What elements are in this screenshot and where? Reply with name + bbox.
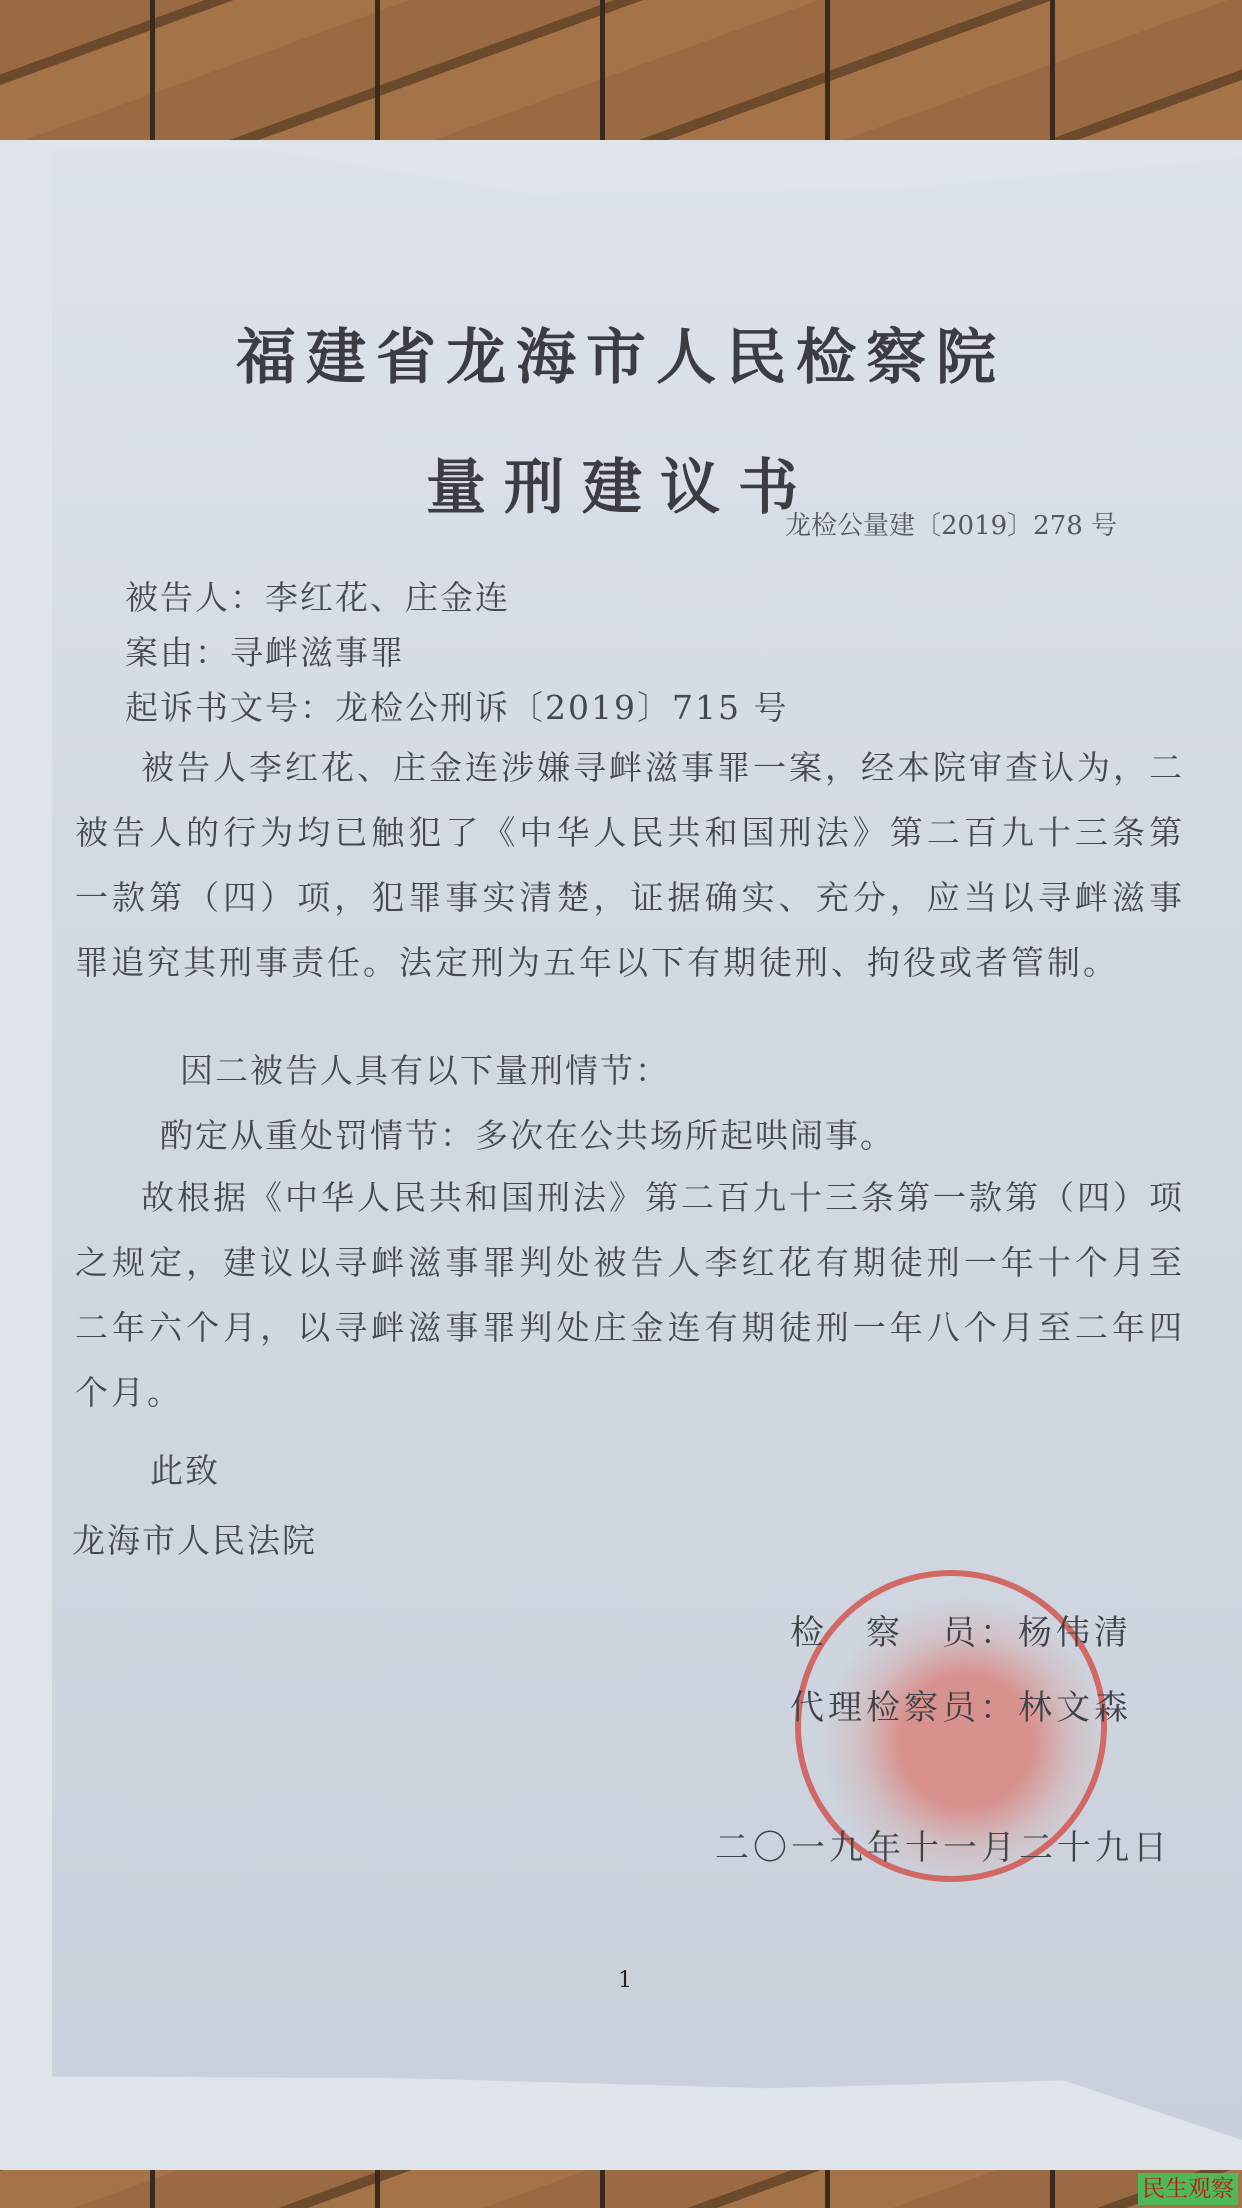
signature-name: 林文森 [1018,1688,1132,1728]
field-label: 起诉书文号： [125,688,335,727]
signature-prosecutor: 检 察 员：杨伟清 [790,1605,1132,1654]
field-value: 龙检公刑诉〔2019〕715 号 [335,688,788,727]
paragraph-circumstances-intro: 因二被告人具有以下量刑情节： [180,1045,670,1092]
field-label: 案由： [125,633,230,672]
indictment-number-field: 起诉书文号：龙检公刑诉〔2019〕715 号 [125,682,788,729]
signature-role: 检 察 员： [790,1613,1018,1653]
case-cause-field: 案由：寻衅滋事罪 [125,627,405,674]
signature-name: 杨伟清 [1018,1613,1132,1653]
closing-salutation: 此致 [150,1445,220,1492]
field-value: 李红花、庄金连 [265,578,510,617]
field-value: 寻衅滋事罪 [230,633,405,672]
document-date: 二〇一九年十一月二十九日 [715,1820,1171,1869]
paragraph-recommendation: 故根据《中华人民共和国刑法》第二百九十三条第一款第（四）项之规定，建议以寻衅滋事… [75,1165,1185,1425]
paragraph-aggravating: 酌定从重处罚情节：多次在公共场所起哄闹事。 [160,1110,895,1157]
defendants-field: 被告人：李红花、庄金连 [125,572,510,619]
page-number: 1 [618,1968,632,1993]
field-label: 被告人： [125,578,265,617]
paragraph-findings: 被告人李红花、庄金连涉嫌寻衅滋事罪一案，经本院审查认为，二被告人的行为均已触犯了… [75,735,1185,995]
watermark-badge: 民生观察 [1138,2173,1238,2205]
issuer-title: 福建省龙海市人民检察院 [0,310,1242,396]
document-number: 龙检公量建〔2019〕278 号 [785,505,1117,542]
recipient: 龙海市人民法院 [72,1515,317,1562]
signature-acting-prosecutor: 代理检察员：林文森 [790,1680,1132,1729]
signature-role: 代理检察员： [790,1688,1018,1728]
